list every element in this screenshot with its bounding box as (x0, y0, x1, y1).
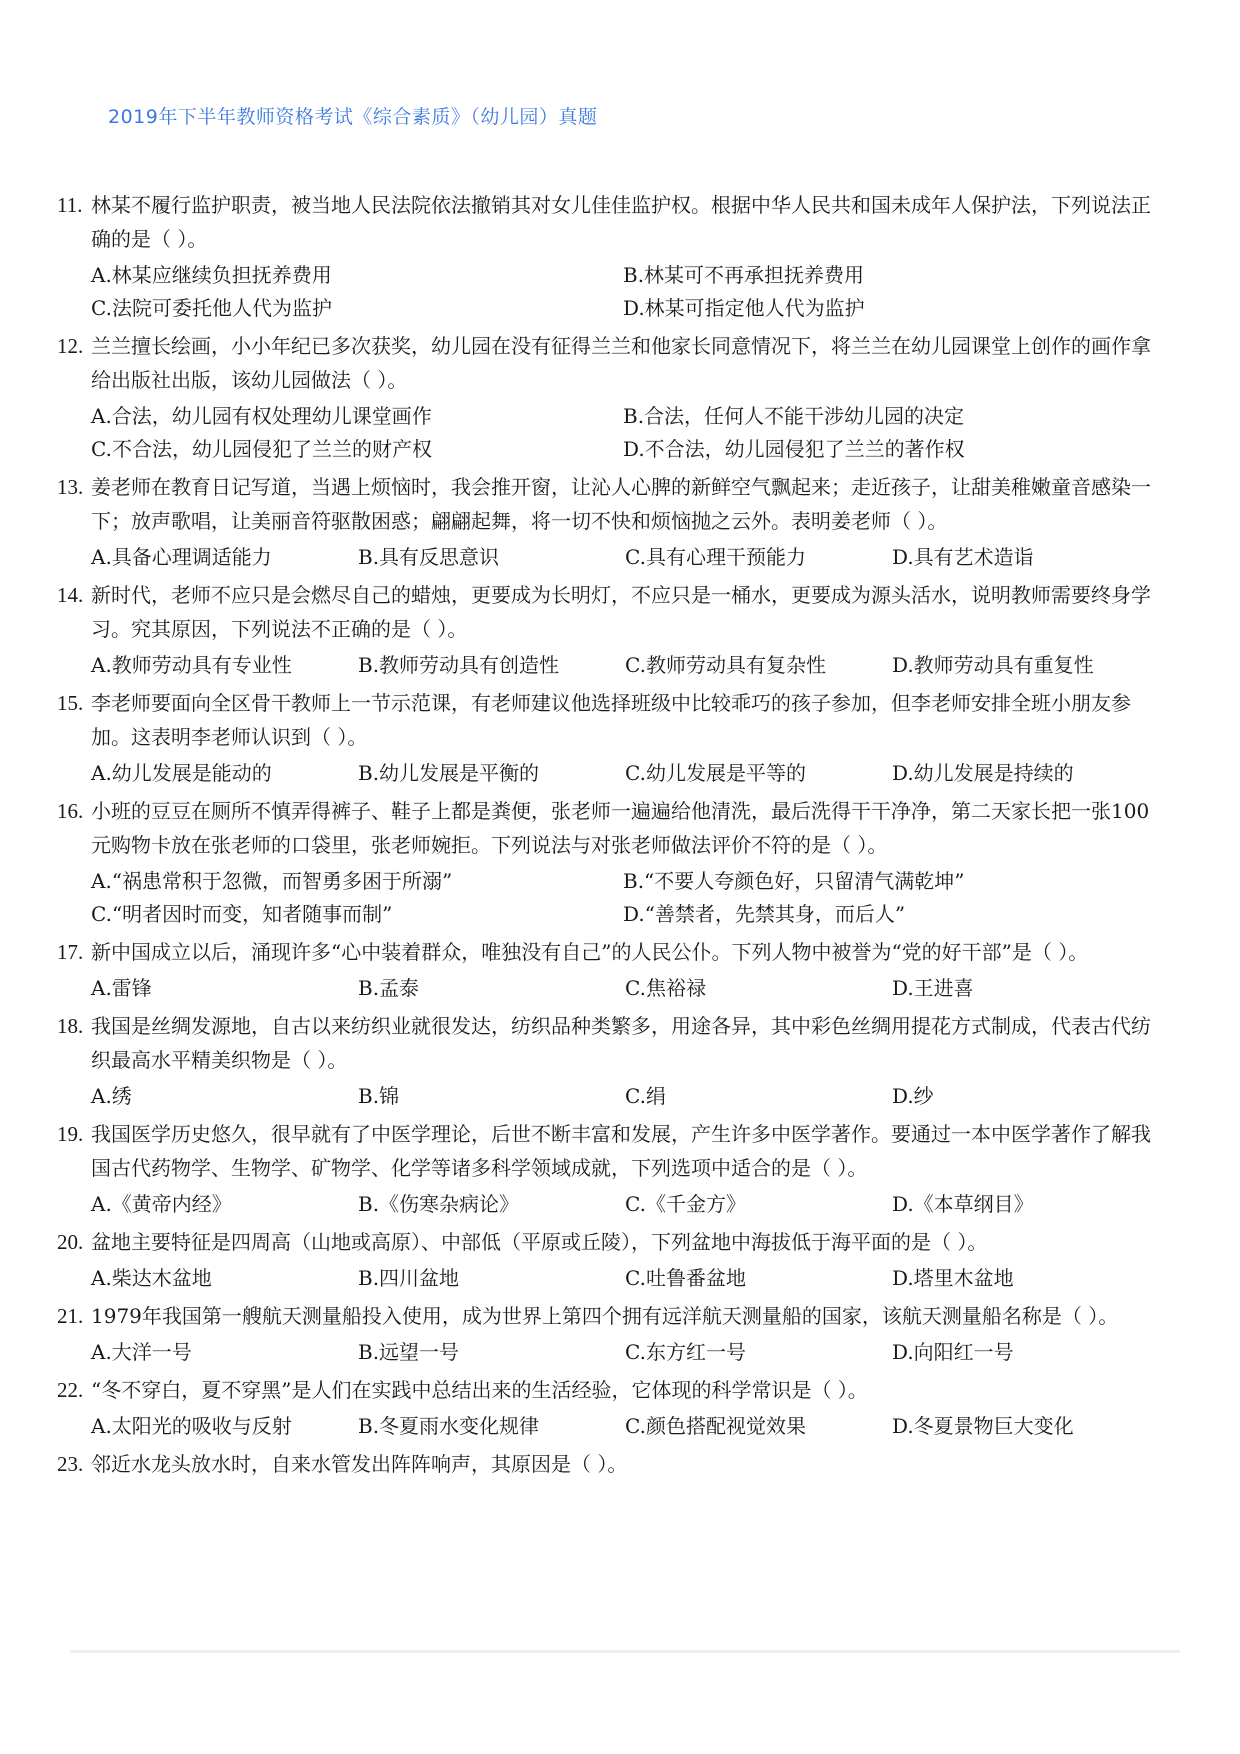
answer-option: A.大洋一号 (91, 1336, 358, 1369)
question-item: 18.我国是丝绸发源地，自古以来纺织业就很发达，纺织品种类繁多，用途各异，其中彩… (57, 1009, 1167, 1113)
answer-option: C.《千金方》 (625, 1188, 892, 1221)
question-stem: 21.1979年我国第一艘航天测量船投入使用，成为世界上第四个拥有远洋航天测量船… (57, 1299, 1167, 1333)
question-text: “冬不穿白，夏不穿黑”是人们在实践中总结出来的生活经验，它体现的科学常识是（ ）… (91, 1373, 1167, 1407)
answer-options: A.林某应继续负担抚养费用B.林某可不再承担抚养费用C.法院可委托他人代为监护D… (57, 259, 1167, 325)
question-stem: 14.新时代，老师不应只是会燃尽自己的蜡烛，更要成为长明灯，不应只是一桶水，更要… (57, 578, 1167, 646)
question-item: 12.兰兰擅长绘画，小小年纪已多次获奖，幼儿园在没有征得兰兰和他家长同意情况下，… (57, 329, 1167, 466)
question-stem: 18.我国是丝绸发源地，自古以来纺织业就很发达，纺织品种类繁多，用途各异，其中彩… (57, 1009, 1167, 1077)
answer-option: D.“善禁者，先禁其身，而后人” (623, 898, 1123, 931)
question-text: 新中国成立以后，涌现许多“心中装着群众，唯独没有自己”的人民公仆。下列人物中被誉… (91, 935, 1167, 969)
question-item: 21.1979年我国第一艘航天测量船投入使用，成为世界上第四个拥有远洋航天测量船… (57, 1299, 1167, 1369)
answer-option: D.向阳红一号 (892, 1336, 1159, 1369)
answer-option: B.远望一号 (358, 1336, 625, 1369)
answer-option: D.不合法，幼儿园侵犯了兰兰的著作权 (623, 433, 1123, 466)
question-stem: 17.新中国成立以后，涌现许多“心中装着群众，唯独没有自己”的人民公仆。下列人物… (57, 935, 1167, 969)
answer-option: C.绢 (625, 1080, 892, 1113)
answer-options: A.教师劳动具有专业性B.教师劳动具有创造性C.教师劳动具有复杂性D.教师劳动具… (57, 649, 1167, 682)
question-list: 11.林某不履行监护职责，被当地人民法院依法撤销其对女儿佳佳监护权。根据中华人民… (57, 188, 1167, 1481)
answer-option: D.塔里木盆地 (892, 1262, 1159, 1295)
question-stem: 20.盆地主要特征是四周高（山地或高原）、中部低（平原或丘陵），下列盆地中海拔低… (57, 1225, 1167, 1259)
question-number: 14. (57, 578, 91, 646)
question-text: 我国医学历史悠久，很早就有了中医学理论，后世不断丰富和发展，产生许多中医学著作。… (91, 1117, 1167, 1185)
answer-option: B.合法，任何人不能干涉幼儿园的决定 (623, 400, 1123, 433)
question-number: 21. (57, 1299, 91, 1333)
question-text: 新时代，老师不应只是会燃尽自己的蜡烛，更要成为长明灯，不应只是一桶水，更要成为源… (91, 578, 1167, 646)
question-text: 林某不履行监护职责，被当地人民法院依法撤销其对女儿佳佳监护权。根据中华人民共和国… (91, 188, 1167, 256)
answer-option: C.法院可委托他人代为监护 (91, 292, 623, 325)
question-number: 23. (57, 1447, 91, 1481)
answer-option: D.教师劳动具有重复性 (892, 649, 1159, 682)
answer-option: B.锦 (358, 1080, 625, 1113)
question-text: 李老师要面向全区骨干教师上一节示范课，有老师建议他选择班级中比较乖巧的孩子参加，… (91, 686, 1167, 754)
question-stem: 19.我国医学历史悠久，很早就有了中医学理论，后世不断丰富和发展，产生许多中医学… (57, 1117, 1167, 1185)
answer-options: A.具备心理调适能力B.具有反思意识C.具有心理干预能力D.具有艺术造诣 (57, 541, 1167, 574)
question-text: 1979年我国第一艘航天测量船投入使用，成为世界上第四个拥有远洋航天测量船的国家… (91, 1299, 1167, 1333)
footer-divider (70, 1650, 1180, 1653)
question-item: 20.盆地主要特征是四周高（山地或高原）、中部低（平原或丘陵），下列盆地中海拔低… (57, 1225, 1167, 1295)
question-item: 23.邻近水龙头放水时，自来水管发出阵阵响声，其原因是（ ）。 (57, 1447, 1167, 1481)
answer-options: A.《黄帝内经》B.《伤寒杂病论》C.《千金方》D.《本草纲目》 (57, 1188, 1167, 1221)
question-text: 盆地主要特征是四周高（山地或高原）、中部低（平原或丘陵），下列盆地中海拔低于海平… (91, 1225, 1167, 1259)
answer-option: C.具有心理干预能力 (625, 541, 892, 574)
question-item: 13.姜老师在教育日记写道，当遇上烦恼时，我会推开窗，让沁人心脾的新鲜空气飘起来… (57, 470, 1167, 574)
answer-option: A.《黄帝内经》 (91, 1188, 358, 1221)
answer-option: A.雷锋 (91, 972, 358, 1005)
answer-option: D.林某可指定他人代为监护 (623, 292, 1123, 325)
answer-option: C.颜色搭配视觉效果 (625, 1410, 892, 1443)
answer-option: C.幼儿发展是平等的 (625, 757, 892, 790)
answer-option: D.《本草纲目》 (892, 1188, 1159, 1221)
question-text: 邻近水龙头放水时，自来水管发出阵阵响声，其原因是（ ）。 (91, 1447, 1167, 1481)
answer-option: B.“不要人夸颜色好，只留清气满乾坤” (623, 865, 1123, 898)
answer-option: B.教师劳动具有创造性 (358, 649, 625, 682)
question-stem: 13.姜老师在教育日记写道，当遇上烦恼时，我会推开窗，让沁人心脾的新鲜空气飘起来… (57, 470, 1167, 538)
answer-option: A.合法，幼儿园有权处理幼儿课堂画作 (91, 400, 623, 433)
answer-option: A.幼儿发展是能动的 (91, 757, 358, 790)
question-number: 15. (57, 686, 91, 754)
question-stem: 12.兰兰擅长绘画，小小年纪已多次获奖，幼儿园在没有征得兰兰和他家长同意情况下，… (57, 329, 1167, 397)
answer-option: B.《伤寒杂病论》 (358, 1188, 625, 1221)
answer-option: B.冬夏雨水变化规律 (358, 1410, 625, 1443)
answer-options: A.绣B.锦C.绢D.纱 (57, 1080, 1167, 1113)
answer-option: D.冬夏景物巨大变化 (892, 1410, 1159, 1443)
question-number: 18. (57, 1009, 91, 1077)
question-stem: 11.林某不履行监护职责，被当地人民法院依法撤销其对女儿佳佳监护权。根据中华人民… (57, 188, 1167, 256)
question-stem: 16.小班的豆豆在厕所不慎弄得裤子、鞋子上都是粪便，张老师一遍遍给他清洗，最后洗… (57, 794, 1167, 862)
question-text: 小班的豆豆在厕所不慎弄得裤子、鞋子上都是粪便，张老师一遍遍给他清洗，最后洗得干干… (91, 794, 1167, 862)
question-text: 姜老师在教育日记写道，当遇上烦恼时，我会推开窗，让沁人心脾的新鲜空气飘起来；走近… (91, 470, 1167, 538)
question-text: 兰兰擅长绘画，小小年纪已多次获奖，幼儿园在没有征得兰兰和他家长同意情况下，将兰兰… (91, 329, 1167, 397)
answer-options: A.太阳光的吸收与反射B.冬夏雨水变化规律C.颜色搭配视觉效果D.冬夏景物巨大变… (57, 1410, 1167, 1443)
question-number: 11. (57, 188, 91, 256)
question-item: 15.李老师要面向全区骨干教师上一节示范课，有老师建议他选择班级中比较乖巧的孩子… (57, 686, 1167, 790)
answer-option: C.“明者因时而变，知者随事而制” (91, 898, 623, 931)
answer-option: D.具有艺术造诣 (892, 541, 1159, 574)
answer-options: A.大洋一号B.远望一号C.东方红一号D.向阳红一号 (57, 1336, 1167, 1369)
question-number: 17. (57, 935, 91, 969)
answer-option: B.具有反思意识 (358, 541, 625, 574)
answer-option: C.东方红一号 (625, 1336, 892, 1369)
answer-option: B.四川盆地 (358, 1262, 625, 1295)
question-number: 20. (57, 1225, 91, 1259)
question-stem: 15.李老师要面向全区骨干教师上一节示范课，有老师建议他选择班级中比较乖巧的孩子… (57, 686, 1167, 754)
question-item: 22.“冬不穿白，夏不穿黑”是人们在实践中总结出来的生活经验，它体现的科学常识是… (57, 1373, 1167, 1443)
question-text: 我国是丝绸发源地，自古以来纺织业就很发达，纺织品种类繁多，用途各异，其中彩色丝绸… (91, 1009, 1167, 1077)
answer-option: B.孟泰 (358, 972, 625, 1005)
question-item: 14.新时代，老师不应只是会燃尽自己的蜡烛，更要成为长明灯，不应只是一桶水，更要… (57, 578, 1167, 682)
answer-option: C.吐鲁番盆地 (625, 1262, 892, 1295)
question-stem: 22.“冬不穿白，夏不穿黑”是人们在实践中总结出来的生活经验，它体现的科学常识是… (57, 1373, 1167, 1407)
answer-option: D.纱 (892, 1080, 1159, 1113)
question-item: 19.我国医学历史悠久，很早就有了中医学理论，后世不断丰富和发展，产生许多中医学… (57, 1117, 1167, 1221)
answer-option: A.林某应继续负担抚养费用 (91, 259, 623, 292)
answer-option: D.幼儿发展是持续的 (892, 757, 1159, 790)
answer-option: B.林某可不再承担抚养费用 (623, 259, 1123, 292)
answer-option: C.焦裕禄 (625, 972, 892, 1005)
answer-option: A.“祸患常积于忽微，而智勇多困于所溺” (91, 865, 623, 898)
question-item: 17.新中国成立以后，涌现许多“心中装着群众，唯独没有自己”的人民公仆。下列人物… (57, 935, 1167, 1005)
question-number: 13. (57, 470, 91, 538)
answer-option: B.幼儿发展是平衡的 (358, 757, 625, 790)
answer-option: C.不合法，幼儿园侵犯了兰兰的财产权 (91, 433, 623, 466)
answer-options: A.“祸患常积于忽微，而智勇多困于所溺”B.“不要人夸颜色好，只留清气满乾坤”C… (57, 865, 1167, 931)
question-number: 19. (57, 1117, 91, 1185)
question-item: 16.小班的豆豆在厕所不慎弄得裤子、鞋子上都是粪便，张老师一遍遍给他清洗，最后洗… (57, 794, 1167, 931)
question-number: 22. (57, 1373, 91, 1407)
answer-option: A.教师劳动具有专业性 (91, 649, 358, 682)
answer-options: A.柴达木盆地B.四川盆地C.吐鲁番盆地D.塔里木盆地 (57, 1262, 1167, 1295)
question-stem: 23.邻近水龙头放水时，自来水管发出阵阵响声，其原因是（ ）。 (57, 1447, 1167, 1481)
answer-option: D.王进喜 (892, 972, 1159, 1005)
answer-option: A.太阳光的吸收与反射 (91, 1410, 358, 1443)
question-item: 11.林某不履行监护职责，被当地人民法院依法撤销其对女儿佳佳监护权。根据中华人民… (57, 188, 1167, 325)
answer-option: A.绣 (91, 1080, 358, 1113)
question-number: 12. (57, 329, 91, 397)
answer-option: C.教师劳动具有复杂性 (625, 649, 892, 682)
answer-options: A.幼儿发展是能动的B.幼儿发展是平衡的C.幼儿发展是平等的D.幼儿发展是持续的 (57, 757, 1167, 790)
answer-options: A.雷锋B.孟泰C.焦裕禄D.王进喜 (57, 972, 1167, 1005)
page-title: 2019年下半年教师资格考试《综合素质》（幼儿园）真题 (108, 102, 597, 129)
question-number: 16. (57, 794, 91, 862)
answer-option: A.具备心理调适能力 (91, 541, 358, 574)
answer-options: A.合法，幼儿园有权处理幼儿课堂画作B.合法，任何人不能干涉幼儿园的决定C.不合… (57, 400, 1167, 466)
answer-option: A.柴达木盆地 (91, 1262, 358, 1295)
